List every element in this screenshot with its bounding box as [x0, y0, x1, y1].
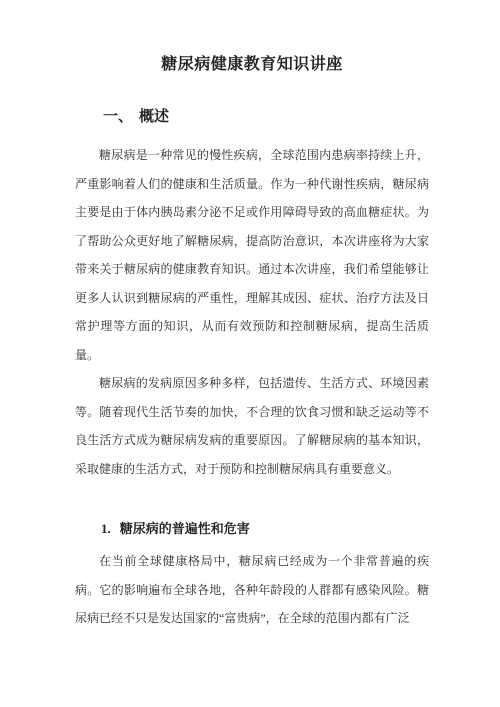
subsection-heading-number: 1. — [101, 521, 111, 536]
paragraph-intro: 糖尿病是一种常见的慢性疾病，全球范围内患病率持续上升，严重影响着人们的健康和生活… — [75, 141, 429, 369]
section-heading-number: 一、 — [103, 109, 133, 125]
paragraph-causes: 糖尿病的发病原因多种多样，包括遗传、生活方式、环境因素等。随着现代生活节奏的加快… — [75, 369, 429, 483]
document-content: 糖尿病健康教育知识讲座 一、概述 糖尿病是一种常见的慢性疾病，全球范围内患病率持… — [0, 0, 500, 633]
section-heading-label: 概述 — [139, 109, 169, 125]
document-page: 糖尿病健康教育知识讲座 一、概述 糖尿病是一种常见的慢性疾病，全球范围内患病率持… — [0, 0, 500, 707]
subsection-heading-prevalence: 1.糖尿病的普遍性和危害 — [101, 517, 429, 541]
paragraph-prevalence: 在当前全球健康格局中，糖尿病已经成为一个非常普遍的疾病。它的影响遍布全球各地，各… — [75, 547, 429, 633]
document-title: 糖尿病健康教育知识讲座 — [75, 52, 429, 77]
subsection-heading-label: 糖尿病的普遍性和危害 — [120, 521, 250, 536]
section-heading-overview: 一、概述 — [103, 105, 429, 129]
